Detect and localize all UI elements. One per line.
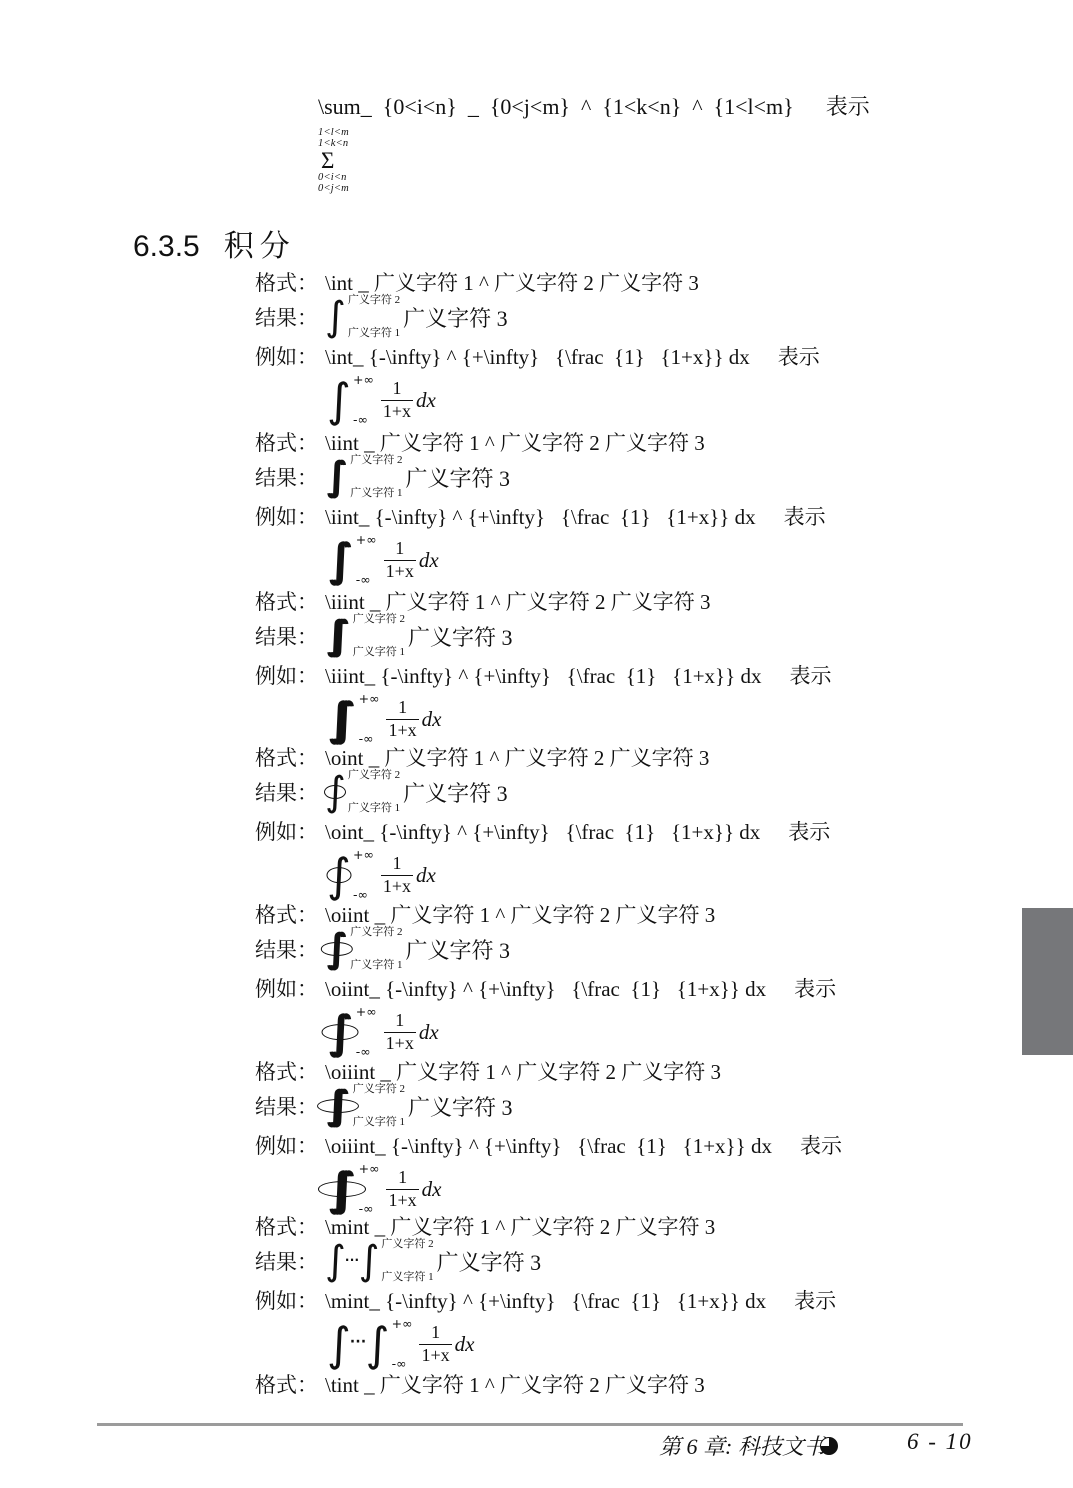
integral-symbol: ∫···∫ bbox=[325, 1241, 379, 1281]
result-operand: 广义字符 3 bbox=[403, 777, 508, 808]
example-suffix: 表示 bbox=[788, 816, 830, 846]
result-row: 结果： ∫∫ 广义字符 2 广义字符 1 广义字符 3 bbox=[255, 928, 995, 970]
result-operand: 广义字符 3 bbox=[437, 1246, 542, 1277]
sum-code-line: \sum_ {0<i<n} _ {0<j<m} ^ {1<k<n} ^ {1<l… bbox=[318, 90, 870, 121]
integral-symbol: ∫∫ bbox=[325, 457, 348, 497]
sigma-symbol: Σ bbox=[318, 149, 349, 172]
example-code: \oiiint_ {-\infty} ^ {+\infty} {\frac {1… bbox=[325, 1134, 772, 1159]
example-label: 例如： bbox=[255, 1285, 325, 1315]
denominator: 1+x bbox=[384, 560, 416, 583]
format-code: \iint _ 广义字符 1 ^ 广义字符 2 广义字符 3 bbox=[325, 427, 705, 457]
example-code: \mint_ {-\infty} ^ {+\infty} {\frac {1} … bbox=[325, 1289, 766, 1314]
sum-rendered: 1<l<m 1<k<n Σ 0<i<n 0<j<m bbox=[318, 127, 349, 194]
example-suffix: 表示 bbox=[794, 973, 836, 1003]
section-number: 6.3.5 bbox=[133, 230, 200, 263]
example-label: 例如： bbox=[255, 501, 325, 531]
formula-block: 格式： \int _ 广义字符 1 ^ 广义字符 2 广义字符 3 结果： ∫ … bbox=[255, 267, 995, 428]
integral-glyph: ∫ bbox=[330, 616, 351, 656]
numerator: 1 bbox=[395, 538, 404, 560]
integral-limits: +∞ -∞ bbox=[353, 849, 374, 901]
result-label: 结果： bbox=[255, 621, 325, 651]
rendered-formula: ∫ +∞ -∞ 1 1+x dx bbox=[327, 847, 995, 903]
integral-symbol: ∫∫ bbox=[327, 1009, 354, 1055]
integral-glyph: ∫ bbox=[325, 297, 346, 337]
fraction: 1 1+x bbox=[386, 697, 418, 741]
differential: dx bbox=[416, 388, 436, 413]
format-code: \oiint _ 广义字符 1 ^ 广义字符 2 广义字符 3 bbox=[325, 899, 715, 929]
rendered-formula: ∫∫∫ +∞ -∞ 1 1+x dx bbox=[327, 691, 995, 747]
denominator: 1+x bbox=[419, 1344, 451, 1367]
numerator: 1 bbox=[398, 1167, 407, 1189]
upper-limit: 广义字符 2 bbox=[381, 1239, 433, 1250]
example-suffix: 表示 bbox=[794, 1285, 836, 1315]
differential: dx bbox=[419, 1020, 439, 1045]
document-page: \sum_ {0<i<n} _ {0<j<m} ^ {1<k<n} ^ {1<l… bbox=[0, 0, 1073, 1488]
lower-limit: -∞ bbox=[353, 414, 374, 427]
example-code: \iiint_ {-\infty} ^ {+\infty} {\frac {1}… bbox=[325, 664, 761, 689]
upper-limit: +∞ bbox=[356, 1006, 377, 1019]
integral-limits: 广义字符 2 广义字符 1 bbox=[353, 614, 405, 658]
integral-symbol: ∫∫∫ bbox=[327, 696, 357, 742]
lower-limit: 广义字符 1 bbox=[348, 328, 400, 339]
format-row: 格式： \oint _ 广义字符 1 ^ 广义字符 2 广义字符 3 bbox=[255, 742, 995, 769]
lower-limit: 广义字符 1 bbox=[353, 1117, 405, 1128]
formula-block: 格式： \oint _ 广义字符 1 ^ 广义字符 2 广义字符 3 结果： ∫… bbox=[255, 742, 995, 903]
result-formula: ∫ 广义字符 2 广义字符 1 广义字符 3 bbox=[325, 770, 508, 814]
section-title: 积分 bbox=[224, 230, 296, 263]
result-row: 结果： ∫ 广义字符 2 广义字符 1 广义字符 3 bbox=[255, 296, 995, 338]
fraction: 1 1+x bbox=[419, 1322, 451, 1366]
rendered-formula: ∫∫ +∞ -∞ 1 1+x dx bbox=[327, 1004, 995, 1060]
upper-limit: 广义字符 2 bbox=[348, 770, 400, 781]
example-row: 例如： \iiint_ {-\infty} ^ {+\infty} {\frac… bbox=[255, 660, 995, 687]
result-operand: 广义字符 3 bbox=[408, 621, 513, 652]
upper-limit: +∞ bbox=[359, 1163, 380, 1176]
integral-symbol: ∫∫ bbox=[325, 929, 348, 969]
example-code: \oiint_ {-\infty} ^ {+\infty} {\frac {1}… bbox=[325, 977, 766, 1002]
differential: dx bbox=[455, 1332, 475, 1357]
example-suffix: 表示 bbox=[800, 1130, 842, 1160]
formula-block: 格式： \iiint _ 广义字符 1 ^ 广义字符 2 广义字符 3 结果： … bbox=[255, 586, 995, 747]
rendered-formula: ∫ +∞ -∞ 1 1+x dx bbox=[327, 372, 995, 428]
formula-block: 格式： \oiint _ 广义字符 1 ^ 广义字符 2 广义字符 3 结果： … bbox=[255, 899, 995, 1060]
rendered-formula: ∫∫∫ +∞ -∞ 1 1+x dx bbox=[327, 1161, 995, 1217]
fraction: 1 1+x bbox=[384, 1010, 416, 1054]
upper-limit: +∞ bbox=[392, 1318, 413, 1331]
denominator: 1+x bbox=[386, 719, 418, 742]
format-code: \iiint _ 广义字符 1 ^ 广义字符 2 广义字符 3 bbox=[325, 586, 711, 616]
integral-symbol: ∫ bbox=[325, 772, 346, 812]
example-suffix: 表示 bbox=[778, 341, 820, 371]
upper-limit: 广义字符 2 bbox=[350, 455, 402, 466]
sum-code: \sum_ {0<i<n} _ {0<j<m} ^ {1<k<n} ^ {1<l… bbox=[318, 94, 794, 119]
contour-ring bbox=[318, 1182, 366, 1198]
result-formula: ∫ 广义字符 2 广义字符 1 广义字符 3 bbox=[325, 295, 508, 339]
lower-limit: 广义字符 1 bbox=[353, 647, 405, 658]
formula-block: 格式： \oiiint _ 广义字符 1 ^ 广义字符 2 广义字符 3 结果：… bbox=[255, 1056, 995, 1217]
integral-symbol: ∫ bbox=[327, 377, 351, 423]
integral-symbol: ∫∫∫ bbox=[325, 1086, 351, 1126]
denominator: 1+x bbox=[384, 1032, 416, 1055]
integral-limits: 广义字符 2 广义字符 1 bbox=[350, 927, 402, 971]
example-row: 例如： \oiint_ {-\infty} ^ {+\infty} {\frac… bbox=[255, 973, 995, 1000]
result-formula: ∫∫ 广义字符 2 广义字符 1 广义字符 3 bbox=[325, 927, 510, 971]
result-operand: 广义字符 3 bbox=[403, 302, 508, 333]
result-row: 结果： ∫∫∫ 广义字符 2 广义字符 1 广义字符 3 bbox=[255, 615, 995, 657]
format-label: 格式： bbox=[255, 742, 325, 772]
format-code: \tint _ 广义字符 1 ^ 广义字符 2 广义字符 3 bbox=[325, 1369, 705, 1399]
format-row: 格式： \oiiint _ 广义字符 1 ^ 广义字符 2 广义字符 3 bbox=[255, 1056, 995, 1083]
gray-margin-block bbox=[1022, 908, 1073, 1055]
format-label: 格式： bbox=[255, 427, 325, 457]
sum-upper-limit-2: 1<l<m bbox=[318, 127, 349, 138]
differential: dx bbox=[422, 1177, 442, 1202]
format-row: 格式： \iint _ 广义字符 1 ^ 广义字符 2 广义字符 3 bbox=[255, 427, 995, 454]
contour-ring bbox=[317, 1099, 359, 1113]
integral-glyph: ∫ bbox=[327, 377, 351, 423]
upper-limit: +∞ bbox=[359, 693, 380, 706]
example-label: 例如： bbox=[255, 816, 325, 846]
result-label: 结果： bbox=[255, 302, 325, 332]
numerator: 1 bbox=[398, 697, 407, 719]
integral-symbol: ∫∫∫ bbox=[325, 616, 351, 656]
numerator: 1 bbox=[395, 1010, 404, 1032]
differential: dx bbox=[419, 548, 439, 573]
lower-limit: -∞ bbox=[356, 574, 377, 587]
integral-limits: 广义字符 2 广义字符 1 bbox=[348, 295, 400, 339]
result-label: 结果： bbox=[255, 1091, 325, 1121]
upper-limit: 广义字符 2 bbox=[353, 614, 405, 625]
integral-symbol: ∫ bbox=[327, 852, 351, 898]
format-code: \oint _ 广义字符 1 ^ 广义字符 2 广义字符 3 bbox=[325, 742, 709, 772]
example-label: 例如： bbox=[255, 660, 325, 690]
integral-glyph: ∫ bbox=[327, 457, 348, 497]
integral-glyph: ∫ bbox=[366, 1321, 390, 1367]
integral-symbol: ∫ bbox=[325, 297, 346, 337]
result-formula: ∫∫∫ 广义字符 2 广义字符 1 广义字符 3 bbox=[325, 1084, 513, 1128]
integral-limits: +∞ -∞ bbox=[359, 693, 380, 745]
integral-limits: +∞ -∞ bbox=[392, 1318, 413, 1370]
contour-ring bbox=[326, 868, 351, 884]
result-label: 结果： bbox=[255, 462, 325, 492]
example-code: \int_ {-\infty} ^ {+\infty} {\frac {1} {… bbox=[325, 345, 750, 370]
integral-limits: 广义字符 2 广义字符 1 bbox=[348, 770, 400, 814]
result-formula: ∫∫∫ 广义字符 2 广义字符 1 广义字符 3 bbox=[325, 614, 513, 658]
numerator: 1 bbox=[392, 378, 401, 400]
contrast-circle-icon bbox=[820, 1437, 838, 1455]
integral-glyph: ∫ bbox=[330, 537, 354, 583]
example-code: \iint_ {-\infty} ^ {+\infty} {\frac {1} … bbox=[325, 505, 756, 530]
formula-block: 格式： \mint _ 广义字符 1 ^ 广义字符 2 广义字符 3 结果： ∫… bbox=[255, 1211, 995, 1372]
denominator: 1+x bbox=[381, 400, 413, 423]
example-label: 例如： bbox=[255, 1130, 325, 1160]
format-row: 格式： \tint _ 广义字符 1 ^ 广义字符 2 广义字符 3 bbox=[255, 1369, 995, 1396]
integral-dots: ··· bbox=[345, 1254, 359, 1266]
example-row: 例如： \mint_ {-\infty} ^ {+\infty} {\frac … bbox=[255, 1285, 995, 1312]
integral-glyph: ∫ bbox=[333, 696, 357, 742]
integral-symbol: ∫∫∫ bbox=[327, 1166, 357, 1212]
sum-suffix: 表示 bbox=[826, 94, 870, 119]
example-row: 例如： \int_ {-\infty} ^ {+\infty} {\frac {… bbox=[255, 341, 995, 368]
example-suffix: 表示 bbox=[784, 501, 826, 531]
result-operand: 广义字符 3 bbox=[406, 934, 511, 965]
result-row: 结果： ∫∫ 广义字符 2 广义字符 1 广义字符 3 bbox=[255, 456, 995, 498]
example-suffix: 表示 bbox=[789, 660, 831, 690]
lower-limit: 广义字符 1 bbox=[381, 1272, 433, 1283]
integral-dots: ··· bbox=[350, 1336, 367, 1350]
fraction: 1 1+x bbox=[381, 378, 413, 422]
lower-limit: 广义字符 1 bbox=[350, 960, 402, 971]
result-row: 结果： ∫···∫ 广义字符 2 广义字符 1 广义字符 3 bbox=[255, 1240, 995, 1282]
sum-lower-limit-1: 0<i<n bbox=[318, 172, 349, 183]
format-row: 格式： \mint _ 广义字符 1 ^ 广义字符 2 广义字符 3 bbox=[255, 1211, 995, 1238]
upper-limit: 广义字符 2 bbox=[350, 927, 402, 938]
integral-symbol: ∫···∫ bbox=[327, 1321, 390, 1367]
upper-limit: 广义字符 2 bbox=[348, 295, 400, 306]
integral-limits: 广义字符 2 广义字符 1 bbox=[381, 1239, 433, 1283]
integral-limits: +∞ -∞ bbox=[356, 534, 377, 586]
footer-chapter: 第 6 章: 科技文书 bbox=[659, 1430, 826, 1461]
result-formula: ∫∫ 广义字符 2 广义字符 1 广义字符 3 bbox=[325, 455, 510, 499]
contour-ring bbox=[324, 785, 346, 799]
result-label: 结果： bbox=[255, 934, 325, 964]
example-label: 例如： bbox=[255, 341, 325, 371]
denominator: 1+x bbox=[381, 875, 413, 898]
format-label: 格式： bbox=[255, 1369, 325, 1399]
differential: dx bbox=[416, 863, 436, 888]
fraction: 1 1+x bbox=[386, 1167, 418, 1211]
sum-lower-limit-2: 0<j<m bbox=[318, 183, 349, 194]
differential: dx bbox=[422, 707, 442, 732]
format-row: 格式： \iiint _ 广义字符 1 ^ 广义字符 2 广义字符 3 bbox=[255, 586, 995, 613]
format-label: 格式： bbox=[255, 586, 325, 616]
result-row: 结果： ∫ 广义字符 2 广义字符 1 广义字符 3 bbox=[255, 771, 995, 813]
example-label: 例如： bbox=[255, 973, 325, 1003]
result-operand: 广义字符 3 bbox=[408, 1091, 513, 1122]
fraction: 1 1+x bbox=[381, 853, 413, 897]
integral-glyph: ∫ bbox=[327, 1321, 351, 1367]
page-number: 6 - 10 bbox=[907, 1429, 973, 1455]
denominator: 1+x bbox=[386, 1189, 418, 1212]
upper-limit: 广义字符 2 bbox=[353, 1084, 405, 1095]
rendered-formula: ∫∫ +∞ -∞ 1 1+x dx bbox=[327, 532, 995, 588]
format-label: 格式： bbox=[255, 1211, 325, 1241]
format-label: 格式： bbox=[255, 899, 325, 929]
result-operand: 广义字符 3 bbox=[406, 462, 511, 493]
integral-glyph: ∫ bbox=[325, 1241, 346, 1281]
format-code: \oiiint _ 广义字符 1 ^ 广义字符 2 广义字符 3 bbox=[325, 1056, 721, 1086]
numerator: 1 bbox=[431, 1322, 440, 1344]
example-code: \oint_ {-\infty} ^ {+\infty} {\frac {1} … bbox=[325, 820, 760, 845]
format-code: \mint _ 广义字符 1 ^ 广义字符 2 广义字符 3 bbox=[325, 1211, 715, 1241]
contour-ring bbox=[322, 1025, 359, 1041]
result-formula: ∫···∫ 广义字符 2 广义字符 1 广义字符 3 bbox=[325, 1239, 541, 1283]
format-row: 格式： \int _ 广义字符 1 ^ 广义字符 2 广义字符 3 bbox=[255, 267, 995, 294]
example-row: 例如： \oint_ {-\infty} ^ {+\infty} {\frac … bbox=[255, 816, 995, 843]
example-row: 例如： \iint_ {-\infty} ^ {+\infty} {\frac … bbox=[255, 501, 995, 528]
numerator: 1 bbox=[392, 853, 401, 875]
integral-symbol: ∫∫ bbox=[327, 537, 354, 583]
format-label: 格式： bbox=[255, 267, 325, 297]
rendered-formula: ∫···∫ +∞ -∞ 1 1+x dx bbox=[327, 1316, 995, 1372]
formula-block: 格式： \tint _ 广义字符 1 ^ 广义字符 2 广义字符 3 bbox=[255, 1369, 995, 1396]
result-label: 结果： bbox=[255, 1246, 325, 1276]
result-row: 结果： ∫∫∫ 广义字符 2 广义字符 1 广义字符 3 bbox=[255, 1085, 995, 1127]
lower-limit: 广义字符 1 bbox=[350, 488, 402, 499]
lower-limit: 广义字符 1 bbox=[348, 803, 400, 814]
upper-limit: +∞ bbox=[353, 849, 374, 862]
footer-divider bbox=[97, 1423, 963, 1426]
upper-limit: +∞ bbox=[353, 374, 374, 387]
integral-limits: +∞ -∞ bbox=[353, 374, 374, 426]
format-label: 格式： bbox=[255, 1056, 325, 1086]
example-row: 例如： \oiiint_ {-\infty} ^ {+\infty} {\fra… bbox=[255, 1130, 995, 1157]
upper-limit: +∞ bbox=[356, 534, 377, 547]
result-label: 结果： bbox=[255, 777, 325, 807]
formula-block: 格式： \iint _ 广义字符 1 ^ 广义字符 2 广义字符 3 结果： ∫… bbox=[255, 427, 995, 588]
format-row: 格式： \oiint _ 广义字符 1 ^ 广义字符 2 广义字符 3 bbox=[255, 899, 995, 926]
integral-glyph: ∫ bbox=[359, 1241, 380, 1281]
fraction: 1 1+x bbox=[384, 538, 416, 582]
format-code: \int _ 广义字符 1 ^ 广义字符 2 广义字符 3 bbox=[325, 267, 699, 297]
section-heading: 6.3.5积分 bbox=[133, 221, 296, 265]
integral-limits: +∞ -∞ bbox=[356, 1006, 377, 1058]
integral-limits: 广义字符 2 广义字符 1 bbox=[353, 1084, 405, 1128]
integral-limits: 广义字符 2 广义字符 1 bbox=[350, 455, 402, 499]
